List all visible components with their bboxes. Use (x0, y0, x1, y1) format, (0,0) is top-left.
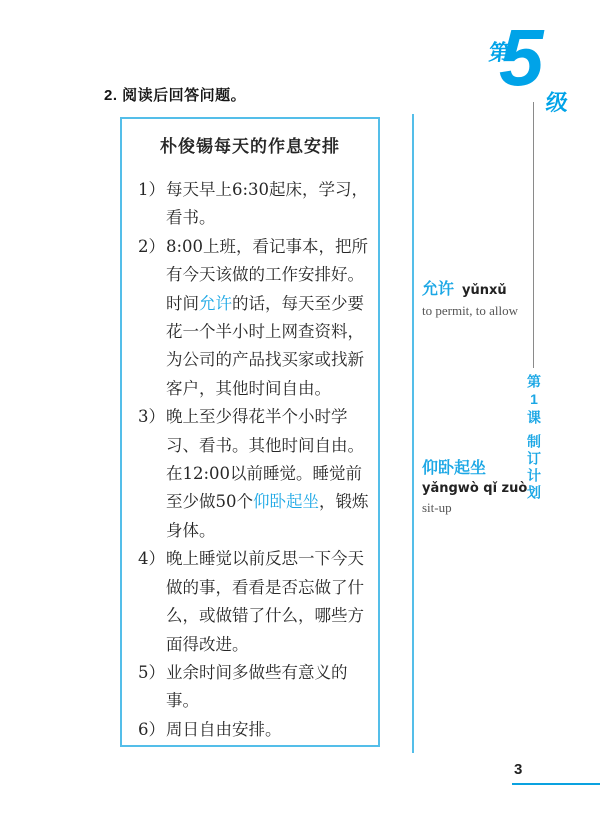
item-number: 3） (138, 403, 165, 431)
footer-rule (512, 783, 600, 785)
vocab-english: sit-up (422, 500, 552, 516)
item-number: 6） (138, 716, 165, 744)
schedule-item: 6）周日自由安排。 (122, 716, 378, 744)
margin-divider-line (412, 114, 414, 753)
item-number: 1） (138, 176, 165, 204)
section-heading: 2. 阅读后回答问题。 (104, 84, 246, 105)
highlighted-vocab-word: 仰卧起坐 (253, 492, 319, 511)
highlighted-vocab-word: 允许 (199, 294, 232, 313)
lesson-tab-title: 制订计划 (527, 434, 541, 502)
schedule-item: 5）业余时间多做些有意义的事。 (122, 659, 378, 716)
passage-title: 朴俊锡每天的作息安排 (122, 132, 378, 157)
item-text: 业余时间多做些有意义的事。 (166, 663, 348, 710)
schedule-item: 2）8:00上班，看记事本，把所有今天该做的工作安排好。时间允许的话，每天至少要… (122, 233, 378, 403)
page-number: 3 (514, 761, 522, 778)
item-text: 每天早上6:30起床，学习，看书。 (166, 180, 368, 227)
item-text: 周日自由安排。 (166, 720, 282, 739)
lesson-tab-rule (533, 102, 534, 368)
item-number: 4） (138, 545, 165, 573)
vocab-hanzi: 允许 (422, 279, 454, 298)
schedule-item: 4）晚上睡觉以前反思一下今天做的事，看看是否忘做了什么，或做错了什么，哪些方面得… (122, 545, 378, 659)
item-number: 2） (138, 233, 165, 261)
lesson-tab-number: 第1课 (527, 374, 541, 427)
level-badge-number: 5 (499, 18, 544, 98)
item-number: 5） (138, 659, 165, 687)
schedule-item: 1）每天早上6:30起床，学习，看书。 (122, 176, 378, 233)
level-badge-suffix: 级 (544, 86, 569, 117)
schedule-list: 1）每天早上6:30起床，学习，看书。2）8:00上班，看记事本，把所有今天该做… (122, 176, 378, 744)
reading-passage-box: 朴俊锡每天的作息安排 1）每天早上6:30起床，学习，看书。2）8:00上班，看… (120, 117, 380, 747)
schedule-item: 3）晚上至少得花半个小时学习、看书。其他时间自由。在12:00以前睡觉。睡觉前至… (122, 403, 378, 545)
item-text: 晚上睡觉以前反思一下今天做的事，看看是否忘做了什么，或做错了什么，哪些方面得改进… (166, 549, 364, 653)
vocab-pinyin: yǔnxǔ (462, 283, 507, 298)
